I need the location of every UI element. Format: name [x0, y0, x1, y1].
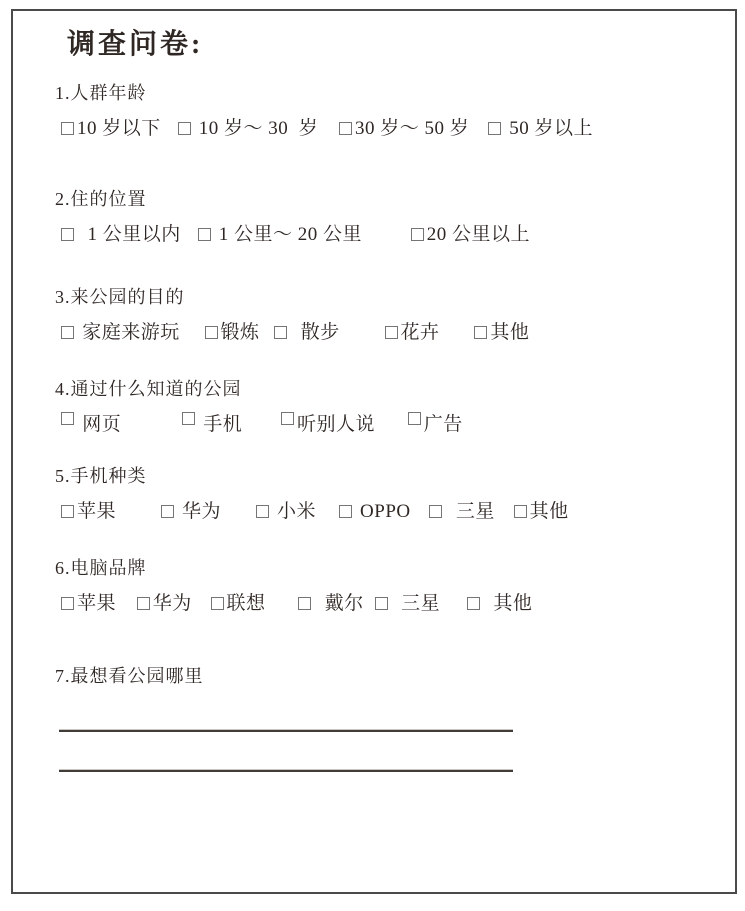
questionnaire-page: 调查问卷: 1.人群年龄 10 岁以下 10 岁～ 30 岁 30 岁～ 50 … [11, 9, 737, 894]
question-purpose-title: 3.来公园的目的 [55, 286, 709, 309]
option-label: 1 公里以内 [77, 224, 181, 245]
checkbox-icon[interactable] [178, 122, 191, 135]
option-pc-huawei[interactable]: 华为 [137, 591, 192, 617]
checkbox-icon[interactable] [281, 412, 294, 425]
option-pc-lenovo[interactable]: 联想 [211, 591, 266, 617]
option-label: OPPO [355, 501, 411, 522]
checkbox-icon[interactable] [385, 326, 398, 339]
option-label: 散步 [290, 322, 340, 343]
checkbox-icon[interactable] [375, 597, 388, 610]
option-label: 20 公里以上 [427, 224, 530, 245]
question-age-options: 10 岁以下 10 岁～ 30 岁 30 岁～ 50 岁 50 岁以上 [61, 116, 709, 142]
question-phone-brand-title: 5.手机种类 [55, 465, 709, 488]
question-how-known-options: 网页 手机 听别人说 广告 [61, 412, 709, 438]
option-ads[interactable]: 广告 [408, 412, 463, 438]
option-phone-apple[interactable]: 苹果 [61, 499, 116, 525]
option-label: 戴尔 [314, 593, 364, 614]
option-label: 网页 [77, 414, 121, 435]
option-mobile-phone[interactable]: 手机 [182, 412, 242, 438]
checkbox-icon[interactable] [514, 505, 527, 518]
option-pc-samsung[interactable]: 三星 [375, 591, 441, 617]
question-location-title: 2.住的位置 [55, 188, 709, 211]
option-label: 华为 [177, 501, 221, 522]
option-label: 1 公里～ 20 公里 [214, 224, 363, 245]
checkbox-icon[interactable] [211, 597, 224, 610]
question-computer-brand-options: 苹果 华为 联想 戴尔 三星 其他 [61, 591, 709, 617]
option-under-10[interactable]: 10 岁以下 [61, 116, 161, 142]
option-label: 10 岁以下 [77, 118, 161, 139]
option-pc-apple[interactable]: 苹果 [61, 591, 116, 617]
checkbox-icon[interactable] [198, 228, 211, 241]
option-label: 联想 [227, 593, 266, 614]
option-label: 小米 [272, 501, 316, 522]
checkbox-icon[interactable] [429, 505, 442, 518]
question-phone-brand: 5.手机种类 苹果 华为 小米 OPPO 三星 其他 [55, 465, 709, 525]
option-phone-xiaomi[interactable]: 小米 [256, 499, 316, 525]
checkbox-icon[interactable] [339, 505, 352, 518]
option-label: 广告 [424, 414, 463, 435]
checkbox-icon[interactable] [61, 412, 74, 425]
option-1-to-20km[interactable]: 1 公里～ 20 公里 [198, 222, 363, 248]
option-label: 其他 [530, 501, 569, 522]
option-label: 其他 [483, 593, 533, 614]
checkbox-icon[interactable] [61, 597, 74, 610]
option-label: 苹果 [77, 501, 116, 522]
option-exercise[interactable]: 锻炼 [205, 320, 260, 346]
checkbox-icon[interactable] [408, 412, 421, 425]
checkbox-icon[interactable] [137, 597, 150, 610]
free-answer-area [59, 730, 709, 772]
checkbox-icon[interactable] [161, 505, 174, 518]
option-within-1km[interactable]: 1 公里以内 [61, 222, 181, 248]
option-label: 锻炼 [221, 322, 260, 343]
question-purpose: 3.来公园的目的 家庭来游玩 锻炼 散步 花卉 其他 [55, 286, 709, 346]
checkbox-icon[interactable] [274, 326, 287, 339]
question-favorite-spot-title: 7.最想看公园哪里 [55, 665, 709, 688]
option-pc-dell[interactable]: 戴尔 [298, 591, 364, 617]
option-flowers[interactable]: 花卉 [385, 320, 440, 346]
option-label: 手机 [198, 414, 242, 435]
checkbox-icon[interactable] [182, 412, 195, 425]
option-pc-other[interactable]: 其他 [467, 591, 533, 617]
answer-line-1[interactable] [59, 730, 513, 732]
option-10-to-30[interactable]: 10 岁～ 30 岁 [178, 116, 319, 142]
checkbox-icon[interactable] [61, 228, 74, 241]
option-walk[interactable]: 散步 [274, 320, 340, 346]
option-word-of-mouth[interactable]: 听别人说 [281, 412, 375, 438]
option-label: 花卉 [401, 322, 440, 343]
option-label: 其他 [490, 322, 529, 343]
option-phone-other[interactable]: 其他 [514, 499, 569, 525]
checkbox-icon[interactable] [205, 326, 218, 339]
option-phone-huawei[interactable]: 华为 [161, 499, 221, 525]
question-computer-brand: 6.电脑品牌 苹果 华为 联想 戴尔 三星 其他 [55, 557, 709, 617]
question-age-title: 1.人群年龄 [55, 82, 709, 105]
question-age: 1.人群年龄 10 岁以下 10 岁～ 30 岁 30 岁～ 50 岁 50 岁… [55, 82, 709, 142]
option-phone-oppo[interactable]: OPPO [339, 499, 411, 525]
checkbox-icon[interactable] [298, 597, 311, 610]
option-label: 三星 [445, 501, 495, 522]
checkbox-icon[interactable] [488, 122, 501, 135]
option-family-fun[interactable]: 家庭来游玩 [61, 320, 180, 346]
question-computer-brand-title: 6.电脑品牌 [55, 557, 709, 580]
checkbox-icon[interactable] [61, 326, 74, 339]
checkbox-icon[interactable] [339, 122, 352, 135]
option-30-to-50[interactable]: 30 岁～ 50 岁 [339, 116, 469, 142]
checkbox-icon[interactable] [256, 505, 269, 518]
option-label: 三星 [391, 593, 441, 614]
page-title: 调查问卷: [67, 26, 709, 64]
question-purpose-options: 家庭来游玩 锻炼 散步 花卉 其他 [61, 320, 709, 346]
question-phone-brand-options: 苹果 华为 小米 OPPO 三星 其他 [61, 499, 709, 525]
option-label: 10 岁～ 30 岁 [194, 118, 319, 139]
answer-line-2[interactable] [59, 770, 513, 772]
question-location-options: 1 公里以内 1 公里～ 20 公里 20 公里以上 [61, 222, 709, 248]
checkbox-icon[interactable] [467, 597, 480, 610]
option-label: 家庭来游玩 [77, 322, 180, 343]
option-over-20km[interactable]: 20 公里以上 [411, 222, 530, 248]
option-other-purpose[interactable]: 其他 [474, 320, 529, 346]
option-label: 听别人说 [297, 414, 375, 435]
option-over-50[interactable]: 50 岁以上 [488, 116, 593, 142]
checkbox-icon[interactable] [411, 228, 424, 241]
option-phone-samsung[interactable]: 三星 [429, 499, 495, 525]
question-how-known: 4.通过什么知道的公园 网页 手机 听别人说 广告 [55, 378, 709, 438]
question-favorite-spot: 7.最想看公园哪里 [55, 665, 709, 772]
option-label: 华为 [153, 593, 192, 614]
question-how-known-title: 4.通过什么知道的公园 [55, 378, 709, 401]
checkbox-icon[interactable] [474, 326, 487, 339]
option-label: 50 岁以上 [504, 118, 593, 139]
checkbox-icon[interactable] [61, 505, 74, 518]
question-location: 2.住的位置 1 公里以内 1 公里～ 20 公里 20 公里以上 [55, 188, 709, 248]
checkbox-icon[interactable] [61, 122, 74, 135]
option-webpage[interactable]: 网页 [61, 412, 121, 438]
option-label: 苹果 [77, 593, 116, 614]
option-label: 30 岁～ 50 岁 [355, 118, 469, 139]
